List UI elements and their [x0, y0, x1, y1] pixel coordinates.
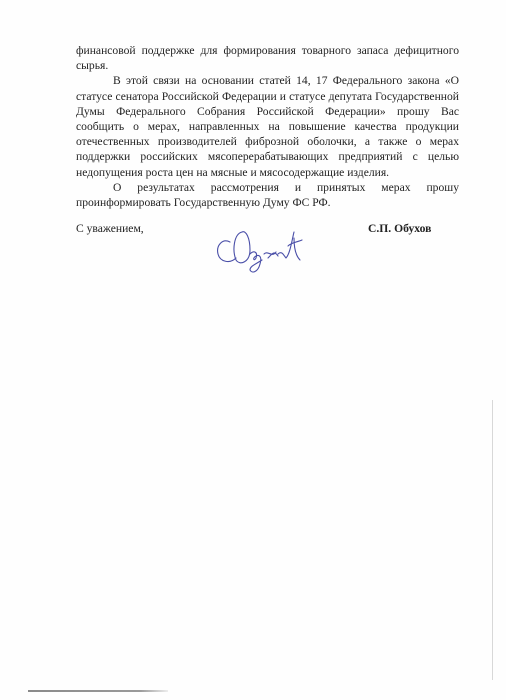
- scan-artifact-line: [28, 690, 168, 692]
- closing-salutation: С уважением,: [76, 222, 144, 235]
- paragraph-request: В этой связи на основании статей 14, 17 …: [76, 73, 459, 179]
- document-page: финансовой поддержке для формирования то…: [0, 0, 506, 700]
- handwritten-signature-icon: [212, 220, 312, 278]
- paragraph-continuation: финансовой поддержке для формирования то…: [76, 43, 459, 73]
- scan-artifact-line: [492, 400, 493, 680]
- paragraph-inform: О результатах рассмотрения и принятых ме…: [76, 180, 459, 210]
- signer-name: С.П. Обухов: [368, 222, 431, 235]
- letter-body: финансовой поддержке для формирования то…: [76, 43, 459, 210]
